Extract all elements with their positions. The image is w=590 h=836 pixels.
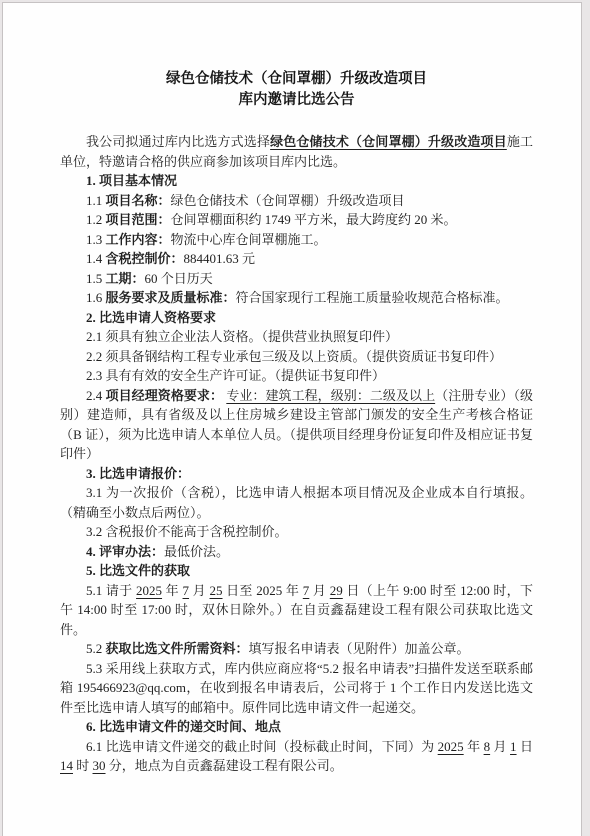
paragraph: 1.4 含税控制价：884401.63 元 — [60, 249, 533, 269]
text-segment: 60 个日历天 — [145, 271, 213, 286]
document-title: 绿色仓储技术（仓间罩棚）升级改造项目 库内邀请比选公告 — [60, 69, 533, 111]
text-segment: 30 — [93, 758, 106, 773]
paragraph: 1.6 服务要求及质量标准：符合国家现行工程施工质量验收规范合格标准。 — [60, 288, 533, 308]
text-segment: 6.1 比选申请文件递交的截止时间（投标截止时间，下同）为 — [86, 739, 438, 754]
text-segment: 6. 比选申请文件的递交时间、地点 — [86, 719, 281, 734]
text-segment: 年 — [162, 583, 182, 598]
text-segment: 服务要求及质量标准： — [106, 290, 236, 305]
section-heading: 1. 项目基本情况 — [60, 171, 533, 191]
text-segment: 2. 比选申请人资格要求 — [86, 310, 216, 325]
text-segment: 1.6 — [86, 290, 106, 305]
paragraph: 1.2 项目范围：仓间罩棚面积约 1749 平方米，最大跨度约 20 米。 — [60, 210, 533, 230]
text-segment: 绿色仓储技术（仓间罩棚）升级改造项目 — [171, 193, 405, 208]
document-body: 我公司拟通过库内比选方式选择绿色仓储技术（仓间罩棚）升级改造项目施工单位，特邀请… — [60, 132, 533, 776]
paragraph: 2.3 具有有效的安全生产许可证。（提供证书复印件） — [60, 366, 533, 386]
text-segment: 3. 比选申请报价： — [86, 466, 190, 481]
text-segment: 绿色仓储技术（仓间罩棚）升级改造项目 — [270, 134, 507, 149]
document-page: 绿色仓储技术（仓间罩棚）升级改造项目 库内邀请比选公告 我公司拟通过库内比选方式… — [2, 2, 582, 832]
text-segment: 获取比选文件所需资料： — [106, 641, 249, 656]
paragraph: 5.1 请于 2025 年 7 月 25 日至 2025 年 7 月 29 日（… — [60, 581, 533, 640]
text-segment: 1.1 — [86, 193, 106, 208]
paragraph: 5.2 获取比选文件所需资料：填写报名申请表（见附件）加盖公章。 — [60, 639, 533, 659]
text-segment: 日至 2025 年 — [223, 583, 303, 598]
text-segment: 14 — [60, 758, 73, 773]
text-segment: 月 — [490, 739, 510, 754]
text-segment: 项目名称： — [106, 193, 171, 208]
text-segment: 工期： — [106, 271, 145, 286]
text-segment: 2.4 — [86, 388, 106, 403]
text-segment: 1.2 — [86, 212, 106, 227]
text-segment: 884401.63 元 — [184, 251, 256, 266]
text-segment: 2.1 须具有独立企业法人资格。（提供营业执照复印件） — [86, 329, 398, 344]
text-segment: 2025 — [438, 739, 464, 754]
text-segment: 2025 — [136, 583, 162, 598]
section-heading: 5. 比选文件的获取 — [60, 561, 533, 581]
text-segment: 分，地点为自贡鑫磊建设工程有限公司。 — [106, 758, 343, 773]
paragraph: 2.1 须具有独立企业法人资格。（提供营业执照复印件） — [60, 327, 533, 347]
paragraph: 3.1 为一次报价（含税），比选申请人根据本项目情况及企业成本自行填报。（精确至… — [60, 483, 533, 522]
document-title-line-2: 库内邀请比选公告 — [60, 90, 533, 111]
text-segment: 2.3 具有有效的安全生产许可证。（提供证书复印件） — [86, 368, 385, 383]
text-segment: 3.1 为一次报价（含税），比选申请人根据本项目情况及企业成本自行填报。（精确至… — [60, 485, 533, 520]
paragraph: 5.3 采用线上获取方式，库内供应商应将“5.2 报名申请表”扫描件发送至联系邮… — [60, 659, 533, 718]
text-segment: 月 — [189, 583, 209, 598]
text-segment: 5. 比选文件的获取 — [86, 563, 190, 578]
section-heading: 2. 比选申请人资格要求 — [60, 308, 533, 328]
paragraph: 3.2 含税报价不能高于含税控制价。 — [60, 522, 533, 542]
paragraph: 我公司拟通过库内比选方式选择绿色仓储技术（仓间罩棚）升级改造项目施工单位，特邀请… — [60, 132, 533, 171]
text-segment: 最低价法。 — [164, 544, 229, 559]
paragraph: 2.2 须具备钢结构工程专业承包三级及以上资质。（提供资质证书复印件） — [60, 347, 533, 367]
section-heading: 4. 评审办法：最低价法。 — [60, 542, 533, 562]
text-segment: 1.5 — [86, 271, 106, 286]
text-segment: 时 — [73, 758, 93, 773]
text-segment: 2.2 须具备钢结构工程专业承包三级及以上资质。（提供资质证书复印件） — [86, 349, 502, 364]
text-segment: 25 — [210, 583, 223, 598]
text-segment: 工作内容： — [106, 232, 171, 247]
text-segment: 1. 项目基本情况 — [86, 173, 177, 188]
text-segment: 项目范围： — [106, 212, 171, 227]
text-segment: 我公司拟通过库内比选方式选择 — [86, 134, 270, 149]
text-segment: 1.4 — [86, 251, 106, 266]
text-segment: 4. 评审办法： — [86, 544, 164, 559]
text-segment: 物流中心库仓间罩棚施工。 — [171, 232, 327, 247]
paragraph: 1.1 项目名称：绿色仓储技术（仓间罩棚）升级改造项目 — [60, 191, 533, 211]
paragraph: 2.4 项目经理资格要求： 专业：建筑工程，级别：二级及以上（注册专业）（级别）… — [60, 386, 533, 464]
paragraph: 1.3 工作内容：物流中心库仓间罩棚施工。 — [60, 230, 533, 250]
text-segment: 专业：建筑工程，级别：二级及以上 — [226, 388, 435, 403]
text-segment: 5.2 — [86, 641, 106, 656]
text-segment: 符合国家现行工程施工质量验收规范合格标准。 — [236, 290, 509, 305]
section-heading: 6. 比选申请文件的递交时间、地点 — [60, 717, 533, 737]
section-heading: 3. 比选申请报价： — [60, 464, 533, 484]
text-segment: 填写报名申请表（见附件）加盖公章。 — [249, 641, 470, 656]
text-segment: 1.3 — [86, 232, 106, 247]
text-segment: 月 — [309, 583, 329, 598]
paragraph: 1.5 工期：60 个日历天 — [60, 269, 533, 289]
text-segment: 29 — [330, 583, 343, 598]
text-segment: 年 — [464, 739, 484, 754]
text-segment: 仓间罩棚面积约 1749 平方米，最大跨度约 20 米。 — [171, 212, 457, 227]
text-segment: 项目经理资格要求： — [106, 388, 223, 403]
document-title-line-1: 绿色仓储技术（仓间罩棚）升级改造项目 — [60, 69, 533, 90]
paragraph: 6.1 比选申请文件递交的截止时间（投标截止时间，下同）为 2025 年 8 月… — [60, 737, 533, 776]
text-segment: 3.2 含税报价不能高于含税控制价。 — [86, 524, 288, 539]
text-segment: 5.3 采用线上获取方式，库内供应商应将“5.2 报名申请表”扫描件发送至联系邮… — [60, 661, 533, 715]
text-segment: 5.1 请于 — [86, 583, 136, 598]
text-segment: 含税控制价： — [106, 251, 184, 266]
text-segment: 日 — [517, 739, 533, 754]
